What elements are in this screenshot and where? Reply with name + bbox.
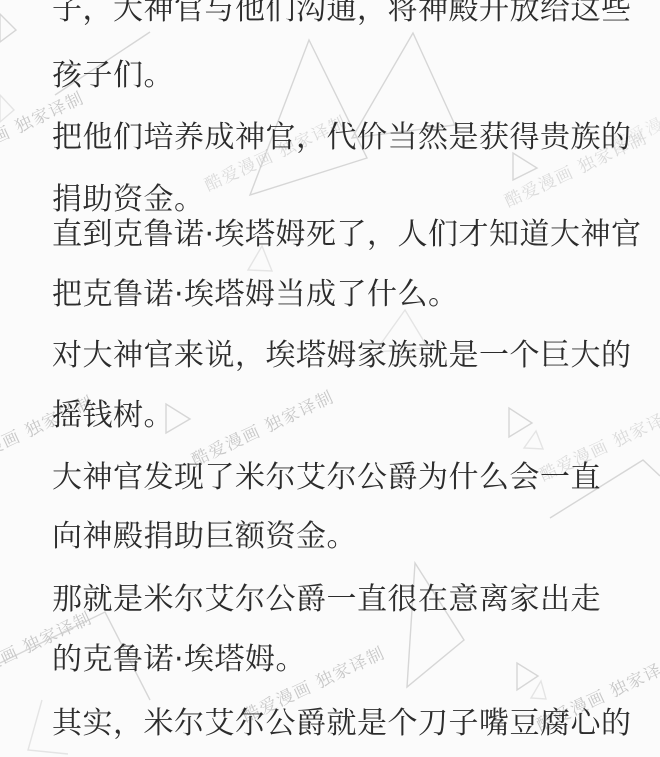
- text-line: 大神官发现了米尔艾尔公爵为什么会一直: [52, 459, 652, 497]
- text-line: 捐助资金。: [52, 181, 652, 219]
- text-line: 向神殿捐助巨额资金。: [52, 518, 652, 556]
- text-line: 把他们培养成神官，代价当然是获得贵族的: [52, 119, 652, 157]
- text-line: 其实，米尔艾尔公爵就是个刀子嘴豆腐心的: [52, 705, 652, 743]
- triangle-watermark-icon: [513, 153, 537, 180]
- text-line: 孩子们。: [52, 57, 652, 95]
- text-line: 子，大神官与他们沟通，将神殿开放给这些: [52, 0, 652, 29]
- text-line: 摇钱树。: [52, 397, 652, 435]
- triangle-watermark-icon: [0, 14, 16, 42]
- triangle-watermark-icon: [0, 95, 14, 122]
- text-line: 直到克鲁诺·埃塔姆死了，人们才知道大神官: [52, 216, 652, 254]
- triangle-watermark-icon: [531, 681, 546, 699]
- text-line: 对大神官来说，埃塔姆家族就是一个巨大的: [52, 337, 652, 375]
- text-line: 那就是米尔艾尔公爵一直很在意离家出走: [52, 581, 652, 619]
- novel-text-page: 酷爱漫画 独家译制 酷爱漫画 独家译制 酷爱漫画 独家译制 酷爱漫画 独家译制 …: [0, 0, 660, 757]
- text-line: 的克鲁诺·埃塔姆。: [52, 641, 652, 679]
- text-line: 把克鲁诺·埃塔姆当成了什么。: [52, 276, 652, 314]
